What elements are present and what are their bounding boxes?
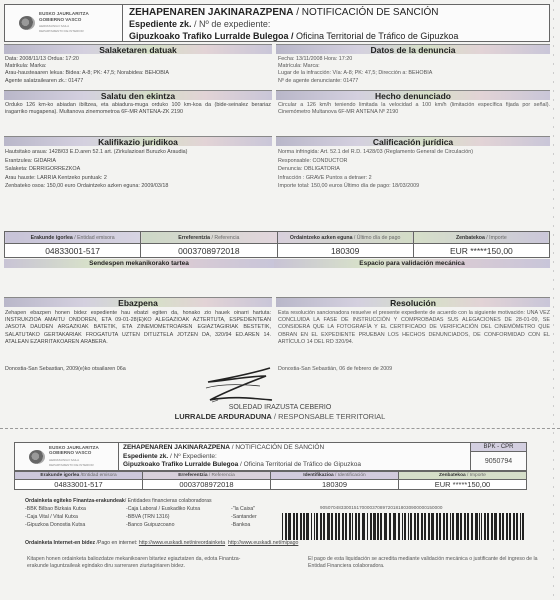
complaint-agent: Nº de agente denunciante: 01477: [278, 78, 550, 85]
stub-office: Gipuzkoako Trafiko Lurralde Bulegoa / Of…: [123, 461, 470, 470]
header-issuer: Erakunde igorlea / Entidad emisora: [5, 232, 141, 244]
issuer-value: 04833001-517: [15, 480, 143, 490]
bank-item: -BBVA (TRN 1316): [126, 514, 231, 520]
bpk-cpr-box: BPK - CPR 9050794: [470, 443, 526, 470]
complaint-place: Lugar de la infracción: Vía: A-8; PK: 47…: [278, 70, 550, 77]
coat-of-arms-icon: [29, 450, 45, 464]
logo-sub2: DEPARTAMENTO DE INTERIOR: [39, 29, 89, 34]
amount-value: EUR *****150,00: [413, 244, 549, 258]
signature-icon: [200, 364, 280, 406]
header-amount: Zenbatekoa / Importe: [413, 232, 549, 244]
logo-line2: GOBIERNO VASCO: [49, 450, 99, 455]
identification-value: 180309: [271, 480, 399, 490]
tear-off-line: [0, 428, 560, 429]
header-issuer: Erakunde igorlea /Entidad emisora: [15, 472, 143, 480]
section-title-fact-eu: Salatu den ekintza: [4, 90, 272, 100]
internet-payment: Ordainketa Internet-en bidez /Pago en in…: [25, 540, 298, 546]
banks-heading: Ordainketa egiteko Finantza-erakundeak/ …: [25, 498, 291, 506]
bpk-label: BPK - CPR: [471, 443, 526, 452]
validation-space-eu: Sendespen mekanikorako tartea: [4, 259, 274, 268]
fact-text-eu: Orduko 126 km-ko abiadan ibiltzea, eta a…: [5, 102, 271, 116]
logo-line1: EUSKO JAURLARITZA: [39, 11, 89, 16]
legal-complaint-type: Denuncia: OBLIGATORIA: [278, 165, 550, 174]
payment-table: Erakunde igorlea / Entidad emisora Erref…: [4, 231, 550, 258]
payment-note-es: El pago de esta liquidación se acredita …: [308, 556, 538, 570]
legal-data-es: Norma infringida: Art. 52.1 del R.D. 142…: [278, 148, 550, 191]
validation-space-es: Espacio para validación mecánica: [274, 259, 550, 268]
payment-link-eu[interactable]: http://www.euskadi.net/nireordainketa: [139, 540, 225, 546]
bank-item: -Gipuzkoa Donostia Kutxa: [25, 522, 126, 528]
header-amount: Zenbatekoa / Importe: [399, 472, 527, 480]
collaborating-banks: Ordainketa egiteko Finantza-erakundeak/ …: [25, 498, 291, 528]
legal-infraction: Arau hauste: LARRIA Kentzeko puntuak: 2: [5, 174, 271, 183]
document-title: ZEHAPENAREN JAKINARAZPENA / NOTIFICACIÓN…: [129, 7, 458, 19]
bank-item: -"la Caixa": [231, 506, 291, 512]
payment-stub-header: EUSKO JAURLARITZA GOBIERNO VASCO HERRIZA…: [14, 442, 527, 471]
legal-infraction: Infracción : GRAVE Puntos a detraer: 2: [278, 174, 550, 183]
legal-norm: Norma infringida: Art. 52.1 del R.D. 142…: [278, 148, 550, 157]
section-title-complaint-es: Datos de la denuncia: [276, 44, 550, 54]
complaint-place: Arau-hausteaaren lekua: Bidea: A-8; PK: …: [5, 70, 271, 77]
resolution-place-date-es: Donostia-San Sebastián, 06 de febrero de…: [278, 366, 550, 373]
bank-item: -Caja Vital / Vital Kutxa: [25, 514, 126, 520]
legal-responsible: Erantzulea: GIDARIA: [5, 157, 271, 166]
legal-complaint-type: Salaketa: DERRIGORREZKOA: [5, 165, 271, 174]
bank-item: -Banco Guipuzcoano: [126, 522, 231, 528]
bank-item: -Caja Laboral / Euskadiko Kutxa: [126, 506, 231, 512]
payment-table-row: 04833001-517 0003708972018 180309 EUR **…: [5, 244, 550, 258]
legal-data-eu: Hautsitako araua: 1428/03 E.D.aren 52.1 …: [5, 148, 271, 191]
coat-of-arms-icon: [19, 16, 35, 30]
complaint-data-eu: Data: 2008/11/13 Ordua: 17:20 Matrikula:…: [5, 56, 271, 85]
section-title-fact-es: Hecho denunciado: [276, 90, 550, 100]
signer-name: SOLEDAD IRAZUSTA CEBERIO: [0, 404, 560, 411]
payment-link-es[interactable]: http://www.euskadi.net/mipago: [228, 540, 298, 546]
logo-sub2: DEPARTAMENTO DE INTERIOR: [49, 463, 99, 468]
payment-note-eu: Kitapen honen ordainketa baliozdatze mek…: [27, 556, 257, 570]
stub-title: ZEHAPENAREN JAKINARAZPENA / NOTIFICACIÓN…: [123, 444, 470, 453]
reference-value: 0003708972018: [141, 244, 277, 258]
perforation-edge: [553, 0, 554, 600]
government-logo: EUSKO JAURLARITZA GOBIERNO VASCO HERRIZA…: [5, 5, 123, 41]
barcode-icon: [282, 513, 525, 540]
stub-table-header: Erakunde igorlea /Entidad emisora Errefe…: [15, 472, 527, 480]
expediente-label: Espediente zk. / Nº de expediente:: [129, 19, 458, 31]
stub-payment-table: Erakunde igorlea /Entidad emisora Errefe…: [14, 471, 527, 490]
document-title-block: ZEHAPENAREN JAKINARAZPENA / NOTIFICACIÓN…: [123, 5, 458, 41]
header-reference: Erreferentzia / Referencia: [141, 232, 277, 244]
issuer-value: 04833001-517: [5, 244, 141, 258]
complaint-plate: Matrícula: Marca:: [278, 63, 550, 70]
section-title-complaint-eu: Salaketaren datuak: [4, 44, 272, 54]
resolution-text-es: Esta resolución sancionadora resuelve el…: [278, 310, 550, 346]
barcode-number: 9050704833001517000037089720181803090000…: [320, 505, 442, 510]
bpk-value: 9050794: [471, 452, 526, 471]
section-title-legal-es: Calificación jurídica: [276, 136, 550, 146]
header-reference: Erreferentzia / Referencia: [143, 472, 271, 480]
complaint-agent: Agente salatzailearen zk.: 01477: [5, 78, 271, 85]
fact-text-es: Circular a 126 km/h teniendo limitada la…: [278, 102, 550, 116]
stub-table-row: 04833001-517 0003708972018 180309 EUR **…: [15, 480, 527, 490]
complaint-plate: Matrikula: Marka:: [5, 63, 271, 70]
logo-line2: GOBIERNO VASCO: [39, 17, 89, 22]
signer-role: LURRALDE ARDURADUNA / RESPONSABLE TERRIT…: [0, 412, 560, 421]
header-identification: Identifikazioa / Identificación: [271, 472, 399, 480]
complaint-data-es: Fecha: 13/11/2008 Hora: 17:20 Matrícula:…: [278, 56, 550, 85]
bank-item: -BBK Bilbao Bizkaia Kutxa: [25, 506, 126, 512]
complaint-date: Fecha: 13/11/2008 Hora: 17:20: [278, 56, 550, 63]
issuing-office: Gipuzkoako Trafiko Lurralde Bulegoa / Of…: [129, 31, 458, 41]
due-date-value: 180309: [277, 244, 413, 258]
section-title-resolution-eu: Ebazpena: [4, 297, 272, 307]
legal-norm: Hautsitako araua: 1428/03 E.D.aren 52.1 …: [5, 148, 271, 157]
sanction-notice-document: EUSKO JAURLARITZA GOBIERNO VASCO HERRIZA…: [0, 0, 560, 600]
complaint-date: Data: 2008/11/13 Ordua: 17:20: [5, 56, 271, 63]
legal-amount: Importe total: 150,00 euros Último día d…: [278, 182, 550, 191]
legal-responsible: Responsable: CONDUCTOR: [278, 157, 550, 166]
section-title-legal-eu: Kalifikazio juridikoa: [4, 136, 272, 146]
stub-title-block: ZEHAPENAREN JAKINARAZPENA / NOTIFICACIÓN…: [119, 443, 470, 470]
bank-list: -BBK Bilbao Bizkaia Kutxa -Caja Laboral …: [25, 506, 291, 528]
resolution-text-eu: Zehapen ebazpen honen bidez espediente h…: [5, 310, 271, 346]
header-due-date: Ordaintzeko azken eguna / Último día de …: [277, 232, 413, 244]
reference-value: 0003708972018: [143, 480, 271, 490]
document-header: EUSKO JAURLARITZA GOBIERNO VASCO HERRIZA…: [4, 4, 550, 42]
payment-table-header: Erakunde igorlea / Entidad emisora Erref…: [5, 232, 550, 244]
section-title-resolution-es: Resolución: [276, 297, 550, 307]
legal-amount: Zenbateko osoa: 150,00 euro Ordaintzeko …: [5, 182, 271, 191]
government-logo: EUSKO JAURLARITZA GOBIERNO VASCO HERRIZA…: [15, 443, 119, 470]
stub-expediente: Espediente zk. / Nº Expediente:: [123, 453, 470, 462]
amount-value: EUR *****150,00: [399, 480, 527, 490]
